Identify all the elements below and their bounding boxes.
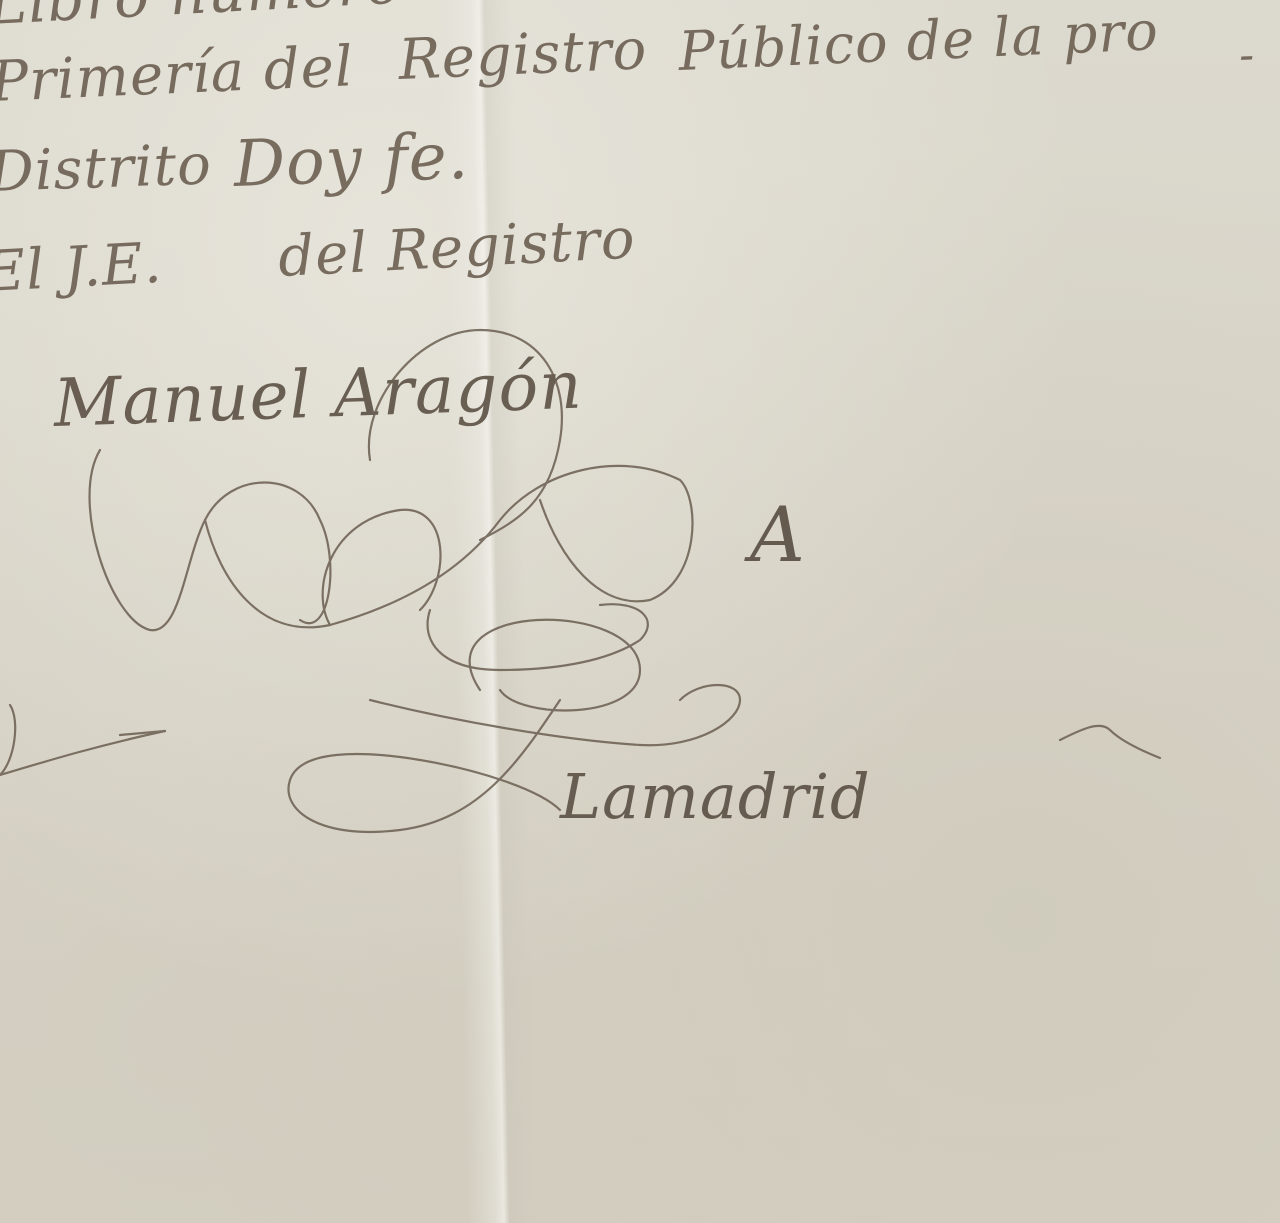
text-line-primeria-del: Primería del <box>0 34 355 115</box>
text-doy-fe: Doy fe. <box>232 120 470 202</box>
text-distrito: Distrito <box>0 132 213 205</box>
text-registro: Registro <box>397 17 648 93</box>
text-hyphen: - <box>1238 29 1256 81</box>
signature-manuel-aragon: Manuel Aragón <box>52 347 584 442</box>
handwritten-text-layer: Libro número Primería del Registro Públi… <box>0 0 1280 1223</box>
rubric-initial-a: A <box>750 490 806 579</box>
signature-lamadrid: Lamadrid <box>560 760 871 833</box>
text-el-je: El J.E. <box>0 231 164 305</box>
text-line-libro-numero: Libro número <box>0 0 403 38</box>
text-publico-de-la-pro: Público de la pro <box>677 0 1160 83</box>
text-del-registro: del Registro <box>277 206 637 290</box>
